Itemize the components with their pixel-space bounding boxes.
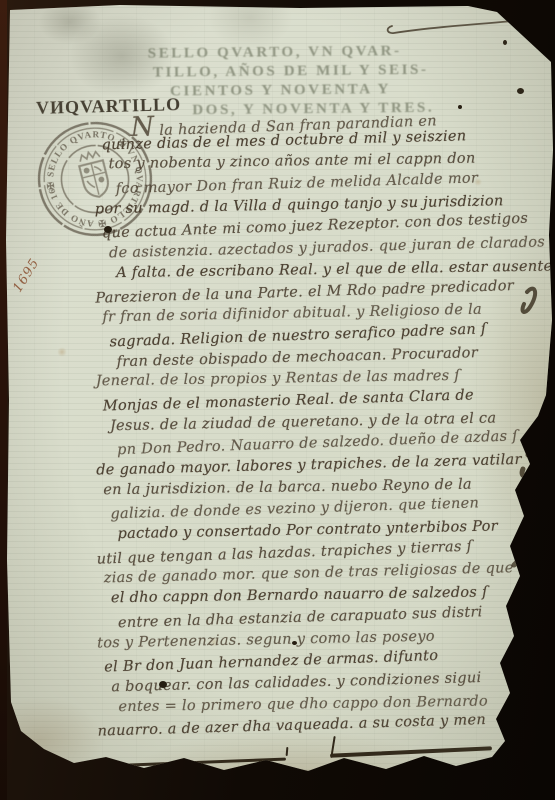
margin-year-note: 1695 xyxy=(10,256,42,295)
ink-rule xyxy=(104,758,286,768)
ink-blot xyxy=(517,88,524,94)
manuscript-body: N la hazienda d San fran parandian enqui… xyxy=(94,109,537,740)
ink-blot xyxy=(292,641,297,645)
ink-rule xyxy=(330,746,492,757)
manuscript-page: SELLO QVARTO, VN QVAR- TILLO, AÑOS DE MI… xyxy=(0,0,555,800)
ink-blot xyxy=(159,681,167,688)
ink-blot xyxy=(503,40,507,45)
ink-blot xyxy=(104,226,112,233)
photo-background: SELLO QVARTO, VN QVAR- TILLO, AÑOS DE MI… xyxy=(0,0,555,800)
ink-blot xyxy=(458,105,462,109)
ink-tick xyxy=(286,747,289,756)
